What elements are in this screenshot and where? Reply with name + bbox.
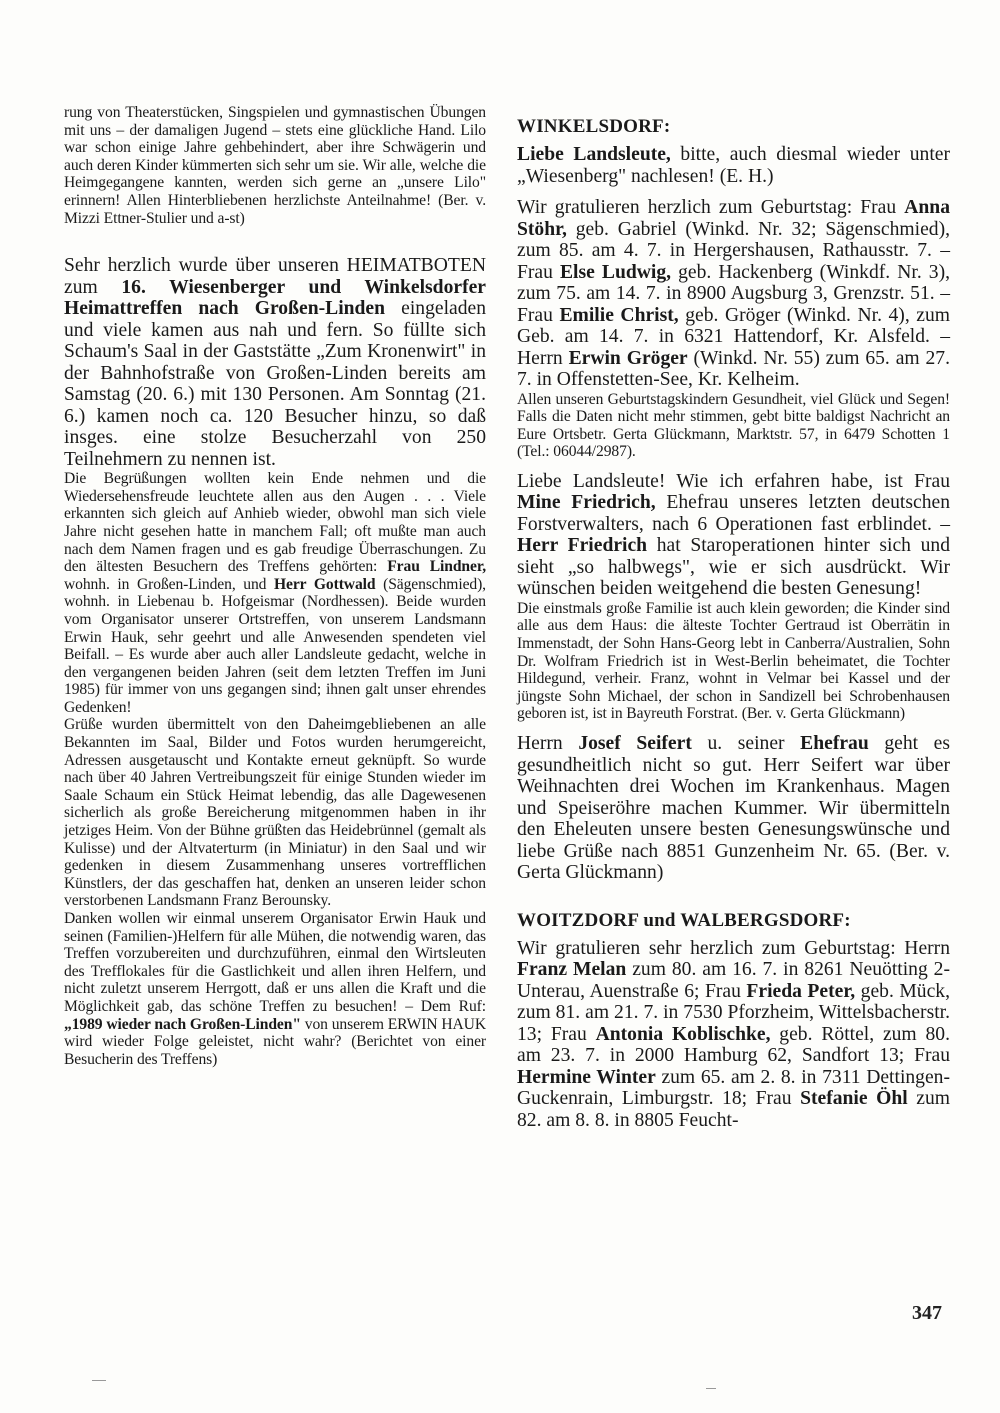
winkelsdorf-birthdays: Wir gratulieren herzlich zum Geburtstag:…	[517, 197, 950, 391]
scan-artifact-line	[92, 1380, 106, 1381]
friedrich-family-paragraph: Die einstmals große Familie ist auch kle…	[517, 600, 950, 723]
woitzdorf-birthdays: Wir gratulieren sehr herzlich zum Geburt…	[517, 938, 950, 1132]
lilo-obituary-paragraph: rung von Theaterstücken, Singspielen und…	[64, 104, 486, 227]
section-heading-woitzdorf: WOITZDORF und WALBERGSDORF:	[517, 910, 950, 932]
section-heading-winkelsdorf: WINKELSDORF:	[517, 116, 950, 138]
seifert-paragraph: Herrn Josef Seifert u. seiner Ehefrau ge…	[517, 733, 950, 884]
page-number: 347	[912, 1302, 942, 1325]
right-column: WINKELSDORF: Liebe Landsleute, bitte, au…	[517, 104, 950, 1131]
grusse-paragraph: Grüße wurden übermittelt von den Daheimg…	[64, 716, 486, 910]
thanks-paragraph: Danken wollen wir einmal unserem Organis…	[64, 910, 486, 1068]
friedrich-paragraph: Liebe Landsleute! Wie ich erfahren habe,…	[517, 471, 950, 600]
heimattreffen-report-paragraph: Sehr herzlich wurde über unseren HEIMATB…	[64, 255, 486, 470]
birthday-wishes: Allen unseren Geburtstagskindern Gesundh…	[517, 391, 950, 461]
left-column: rung von Theaterstücken, Singspielen und…	[64, 104, 486, 1068]
scan-artifact-line	[706, 1388, 716, 1389]
winkelsdorf-intro: Liebe Landsleute, bitte, auch diesmal wi…	[517, 144, 950, 187]
greetings-paragraph: Die Begrüßungen wollten kein Ende nehmen…	[64, 470, 486, 716]
